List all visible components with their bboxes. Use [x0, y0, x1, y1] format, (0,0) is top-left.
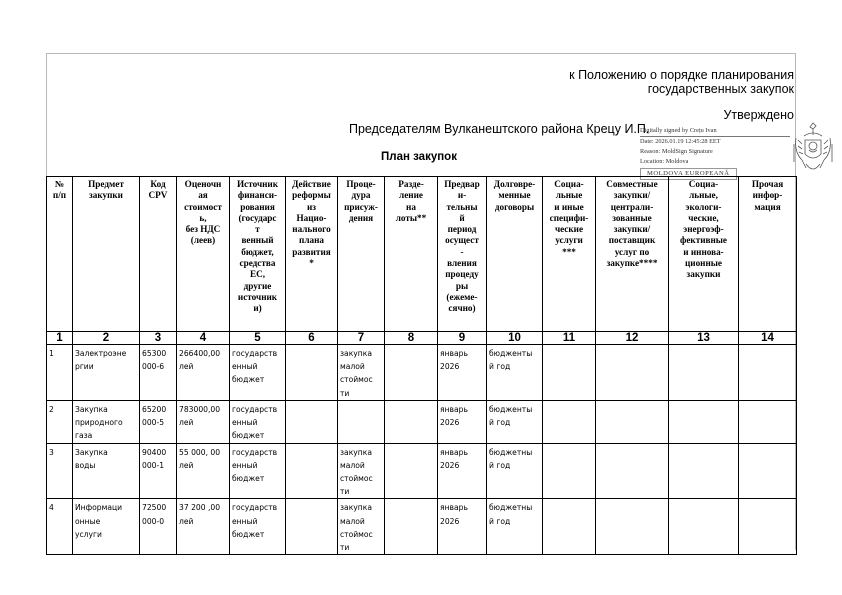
column-number: 10	[487, 332, 543, 345]
table-cell-col-9: январь2026	[438, 345, 487, 401]
table-cell-col-5: государственныйбюджет	[230, 443, 286, 499]
column-number: 6	[286, 332, 338, 345]
moldova-coat-of-arms-icon	[792, 120, 834, 178]
header-text-line: (леев)	[179, 235, 227, 246]
column-number: 13	[669, 332, 739, 345]
header-text-line: Социа-	[545, 179, 593, 190]
cell-text-line: 37 200 ,00	[179, 501, 227, 514]
header-text-line: венный	[232, 235, 283, 246]
header-text-line: финанси-	[232, 190, 283, 201]
header-text-line: присуж-	[340, 202, 382, 213]
header-text-line: льные	[545, 190, 593, 201]
table-cell-col-3: 65300000-6	[140, 345, 177, 401]
header-text-line: средства	[232, 258, 283, 269]
column-number: 4	[177, 332, 230, 345]
header-text-line: Социа-	[671, 179, 736, 190]
cell-text-line: январь	[440, 501, 484, 514]
table-cell-col-9: январь2026	[438, 499, 487, 555]
table-header-row: №п/пПредметзакупкиКодCPVОценочнаястоимос…	[47, 177, 797, 332]
table-cell-col-14	[739, 401, 797, 444]
column-number: 3	[140, 332, 177, 345]
table-cell-col-6	[286, 345, 338, 401]
column-number: 2	[73, 332, 140, 345]
cell-text-line: 000-1	[142, 459, 174, 472]
column-header-12: Совместныезакупки/централи-зованныезакуп…	[596, 177, 669, 332]
cell-text-line: 2026	[440, 515, 484, 528]
table-cell-col-14	[739, 499, 797, 555]
cell-text-line: бюджет	[232, 528, 283, 541]
table-cell-col-6	[286, 401, 338, 444]
column-header-11: Социа-льныеи иныеспецифи-ческиеуслуги***	[543, 177, 596, 332]
header-text-line: бюджет,	[232, 247, 283, 258]
table-cell-col-13	[669, 401, 739, 444]
cell-text-line: лей	[179, 515, 227, 528]
table-cell-col-12	[596, 443, 669, 499]
cell-text-line: 72500	[142, 501, 174, 514]
cell-text-line: бюджет	[232, 472, 283, 485]
table-cell-col-6	[286, 499, 338, 555]
column-header-5: Источникфинанси-рования(государственныйб…	[230, 177, 286, 332]
cell-text-line: лей	[179, 459, 227, 472]
table-body: 1Залектроэнергии65300000-6266400,00лейго…	[47, 345, 797, 555]
header-text-line: Разде-	[387, 179, 435, 190]
table-cell-col-7: закупкамалойстоймости	[338, 443, 385, 499]
table-cell-col-4: 55 000, 00лей	[177, 443, 230, 499]
cell-text-line: енный	[232, 459, 283, 472]
table-cell-col-11	[543, 443, 596, 499]
header-text-line: т	[232, 224, 283, 235]
header-text-line: вления	[440, 258, 484, 269]
header-text-line: п/п	[49, 190, 70, 201]
table-cell-col-11	[543, 401, 596, 444]
cell-text-line: январь	[440, 347, 484, 360]
cell-text-line: 266400,00	[179, 347, 227, 360]
header-text-line: *	[288, 258, 335, 269]
header-text-line: -	[440, 247, 484, 258]
table-cell-col-5: государственныйбюджет	[230, 401, 286, 444]
cell-text-line: енный	[232, 360, 283, 373]
cell-text-line: бюджет	[232, 373, 283, 386]
cell-text-line: лей	[179, 416, 227, 429]
column-header-10: Долговре-менныедоговоры	[487, 177, 543, 332]
table-cell-col-9: январь2026	[438, 443, 487, 499]
cell-text-line: енный	[232, 515, 283, 528]
table-cell-col-8	[385, 443, 438, 499]
header-text-line: централи-	[598, 202, 666, 213]
table-cell-col-5: государственныйбюджет	[230, 499, 286, 555]
header-text-line: специфи-	[545, 213, 593, 224]
cell-text-line: ти	[340, 387, 382, 400]
table-cell-col-10: бюджентый год	[487, 345, 543, 401]
header-text-line: услуги	[545, 235, 593, 246]
cell-text-line: 55 000, 00	[179, 446, 227, 459]
cell-text-line: закупка	[340, 446, 382, 459]
column-number: 11	[543, 332, 596, 345]
header-text-line: на	[387, 202, 435, 213]
table-row: 1Залектроэнергии65300000-6266400,00лейго…	[47, 345, 797, 401]
header-text-line: закупке****	[598, 258, 666, 269]
table-cell-col-13	[669, 499, 739, 555]
column-header-14: Прочаяинфор-мация	[739, 177, 797, 332]
cell-text-line: бюдженты	[489, 403, 540, 416]
table-row: 2Закупкаприродногогаза65200000-5783000,0…	[47, 401, 797, 444]
table-cell-col-7: закупкамалойстоймости	[338, 345, 385, 401]
header-text-line: ление	[387, 190, 435, 201]
header-text-line: Проце-	[340, 179, 382, 190]
column-number-row: 1234567891011121314	[47, 332, 797, 345]
table-cell-col-4: 783000,00лей	[177, 401, 230, 444]
table-cell-col-4: 37 200 ,00лей	[177, 499, 230, 555]
cell-text-line: й год	[489, 515, 540, 528]
header-text-line: закупки	[75, 190, 137, 201]
column-number: 7	[338, 332, 385, 345]
cell-text-line: 3	[49, 446, 70, 459]
cell-text-line: 2026	[440, 416, 484, 429]
header-text-line: закупки/	[598, 224, 666, 235]
header-text-line: (ежеме-	[440, 292, 484, 303]
header-text-line: нального	[288, 224, 335, 235]
header-text-line: Предмет	[75, 179, 137, 190]
header-text-line: Долговре-	[489, 179, 540, 190]
header-text-line: мация	[741, 202, 794, 213]
table-cell-col-7: закупкамалойстоймости	[338, 499, 385, 555]
cell-text-line: 2026	[440, 459, 484, 472]
column-header-1: №п/п	[47, 177, 73, 332]
header-text-line: ческие	[545, 224, 593, 235]
cell-text-line: й год	[489, 416, 540, 429]
cell-text-line: государств	[232, 501, 283, 514]
column-header-9: Предвари-тельныйпериодосущест-вленияпроц…	[438, 177, 487, 332]
header-text-line: поставщик	[598, 235, 666, 246]
column-header-4: Оценочнаястоимость,без НДС(леев)	[177, 177, 230, 332]
cell-text-line: онные	[75, 515, 137, 528]
cell-text-line: 2026	[440, 360, 484, 373]
table-row: 3Закупкаводы90400000-155 000, 00лейгосуд…	[47, 443, 797, 499]
cell-text-line: январь	[440, 446, 484, 459]
header-text-line: й	[440, 213, 484, 224]
cell-text-line: малой	[340, 515, 382, 528]
table-cell-col-8	[385, 401, 438, 444]
header-text-line: дура	[340, 190, 382, 201]
table-cell-col-2: Закупкаводы	[73, 443, 140, 499]
cell-text-line: 000-6	[142, 360, 174, 373]
header-text-line: период	[440, 224, 484, 235]
header-text-line: Источник	[232, 179, 283, 190]
header-text-line: Нацио-	[288, 213, 335, 224]
header-text-line: CPV	[142, 190, 174, 201]
cell-text-line: Залектроэне	[75, 347, 137, 360]
cell-text-line: государств	[232, 446, 283, 459]
header-text-line: сячно)	[440, 303, 484, 314]
header-text-line: ая	[179, 190, 227, 201]
header-text-line: услуг по	[598, 247, 666, 258]
table-cell-col-11	[543, 499, 596, 555]
header-text-line: ры	[440, 281, 484, 292]
header-text-line: энергоэф-	[671, 224, 736, 235]
cell-text-line: Информаци	[75, 501, 137, 514]
column-number: 9	[438, 332, 487, 345]
approver-line: Председателям Вулканештского района Крец…	[349, 122, 649, 136]
table-cell-col-10: бюджентый год	[487, 401, 543, 444]
header-text-line: закупки	[671, 269, 736, 280]
cell-text-line: стоймос	[340, 528, 382, 541]
header-text-line: и)	[232, 303, 283, 314]
cell-text-line: газа	[75, 429, 137, 442]
table-cell-col-5: государственныйбюджет	[230, 345, 286, 401]
cell-text-line: бюджет	[232, 429, 283, 442]
cell-text-line: государств	[232, 403, 283, 416]
header-text-line: инфор-	[741, 190, 794, 201]
table-cell-col-10: бюджетный год	[487, 499, 543, 555]
header-text-line: зованные	[598, 213, 666, 224]
cell-text-line: 000-0	[142, 515, 174, 528]
header-text-line: и-	[440, 190, 484, 201]
table-cell-col-12	[596, 401, 669, 444]
header-text-line: тельны	[440, 202, 484, 213]
header-text-line: менные	[489, 190, 540, 201]
plan-title: План закупок	[381, 151, 457, 163]
cell-text-line: январь	[440, 403, 484, 416]
table-cell-col-7	[338, 401, 385, 444]
cell-text-line: малой	[340, 360, 382, 373]
procurement-plan-table: №п/пПредметзакупкиКодCPVОценочнаястоимос…	[46, 176, 797, 555]
cell-text-line: природного	[75, 416, 137, 429]
column-number: 1	[47, 332, 73, 345]
signature-signed-by: Digitally signed by Crețu Ivan	[640, 126, 790, 137]
header-text-line: Прочая	[741, 179, 794, 190]
header-text-line: (государс	[232, 213, 283, 224]
cell-text-line: закупка	[340, 501, 382, 514]
header-text-line: Действие	[288, 179, 335, 190]
table-cell-col-9: январь2026	[438, 401, 487, 444]
signature-date: Date: 2026.01.19 12:45:28 EET	[640, 137, 790, 147]
table-cell-col-14	[739, 345, 797, 401]
regulation-line-2: государственных закупок	[648, 82, 794, 96]
header-text-line: Совместные	[598, 179, 666, 190]
cell-text-line: й год	[489, 360, 540, 373]
header-text-line: Предвар	[440, 179, 484, 190]
header-text-line: реформы	[288, 190, 335, 201]
column-header-8: Разде-лениеналоты**	[385, 177, 438, 332]
header-text-line: стоимост	[179, 202, 227, 213]
header-text-line: осущест	[440, 235, 484, 246]
approved-label: Утверждено	[723, 108, 794, 122]
cell-text-line: стоймос	[340, 373, 382, 386]
header-text-line: другие	[232, 281, 283, 292]
cell-text-line: 90400	[142, 446, 174, 459]
cell-text-line: ти	[340, 485, 382, 498]
table-row: 4Информационныеуслуги72500000-037 200 ,0…	[47, 499, 797, 555]
header-text-line: рования	[232, 202, 283, 213]
header-text-line: процеду	[440, 269, 484, 280]
table-cell-col-3: 65200000-5	[140, 401, 177, 444]
header-text-line: и иннова-	[671, 247, 736, 258]
cell-text-line: 1	[49, 347, 70, 360]
table-cell-col-12	[596, 345, 669, 401]
table-cell-col-1: 2	[47, 401, 73, 444]
table-cell-col-12	[596, 499, 669, 555]
header-text-line: №	[49, 179, 70, 190]
column-header-3: КодCPV	[140, 177, 177, 332]
column-number: 8	[385, 332, 438, 345]
signature-reason: Reason: MoldSign Signature	[640, 147, 790, 157]
table-cell-col-13	[669, 443, 739, 499]
digital-signature-block: Digitally signed by Crețu Ivan Date: 202…	[640, 126, 790, 180]
cell-text-line: Закупка	[75, 403, 137, 416]
cell-text-line: воды	[75, 459, 137, 472]
column-header-2: Предметзакупки	[73, 177, 140, 332]
cell-text-line: ти	[340, 541, 382, 554]
table-cell-col-1: 4	[47, 499, 73, 555]
column-number: 12	[596, 332, 669, 345]
cell-text-line: й год	[489, 459, 540, 472]
table-cell-col-2: Информационныеуслуги	[73, 499, 140, 555]
header-text-line: ЕС,	[232, 269, 283, 280]
header-text-line: Код	[142, 179, 174, 190]
cell-text-line: енный	[232, 416, 283, 429]
cell-text-line: 4	[49, 501, 70, 514]
table-cell-col-10: бюджетный год	[487, 443, 543, 499]
header-text-line: лоты**	[387, 213, 435, 224]
cell-text-line: стоймос	[340, 472, 382, 485]
table-cell-col-13	[669, 345, 739, 401]
header-text-line: ческие,	[671, 213, 736, 224]
header-text-line: плана	[288, 235, 335, 246]
header-text-line: развития	[288, 247, 335, 258]
signature-location: Location: Moldova	[640, 157, 790, 167]
column-header-6: ДействиереформыизНацио-нальногопланаразв…	[286, 177, 338, 332]
cell-text-line: государств	[232, 347, 283, 360]
header-text-line: дения	[340, 213, 382, 224]
regulation-line-1: к Положению о порядке планирования	[569, 68, 794, 82]
header-text-line: ционные	[671, 258, 736, 269]
cell-text-line: закупка	[340, 347, 382, 360]
column-header-7: Проце-дураприсуж-дения	[338, 177, 385, 332]
table-cell-col-1: 3	[47, 443, 73, 499]
table-cell-col-4: 266400,00лей	[177, 345, 230, 401]
cell-text-line: 783000,00	[179, 403, 227, 416]
table-cell-col-8	[385, 345, 438, 401]
cell-text-line: лей	[179, 360, 227, 373]
header-text-line: из	[288, 202, 335, 213]
cell-text-line: бюджетны	[489, 446, 540, 459]
table-cell-col-3: 72500000-0	[140, 499, 177, 555]
cell-text-line: 000-5	[142, 416, 174, 429]
header-text-line: договоры	[489, 202, 540, 213]
header-text-line: ь,	[179, 213, 227, 224]
header-text-line: источник	[232, 292, 283, 303]
header-text-line: закупки/	[598, 190, 666, 201]
table-cell-col-2: Закупкаприродногогаза	[73, 401, 140, 444]
header-text-line: льные,	[671, 190, 736, 201]
header-text-line: и иные	[545, 202, 593, 213]
cell-text-line: бюджетны	[489, 501, 540, 514]
cell-text-line: 65300	[142, 347, 174, 360]
table-cell-col-1: 1	[47, 345, 73, 401]
column-number: 5	[230, 332, 286, 345]
header-text-line: без НДС	[179, 224, 227, 235]
table-cell-col-14	[739, 443, 797, 499]
header-text-line: Оценочн	[179, 179, 227, 190]
cell-text-line: малой	[340, 459, 382, 472]
cell-text-line: бюдженты	[489, 347, 540, 360]
table-cell-col-3: 90400000-1	[140, 443, 177, 499]
table-cell-col-6	[286, 443, 338, 499]
cell-text-line: Закупка	[75, 446, 137, 459]
header-text-line: экологи-	[671, 202, 736, 213]
cell-text-line: 2	[49, 403, 70, 416]
cell-text-line: 65200	[142, 403, 174, 416]
column-number: 14	[739, 332, 797, 345]
header-text-line: ***	[545, 247, 593, 258]
cell-text-line: ргии	[75, 360, 137, 373]
table-cell-col-2: Залектроэнергии	[73, 345, 140, 401]
table-cell-col-11	[543, 345, 596, 401]
header-text-line: фективные	[671, 235, 736, 246]
cell-text-line: услуги	[75, 528, 137, 541]
column-header-13: Социа-льные,экологи-ческие,энергоэф-фект…	[669, 177, 739, 332]
table-cell-col-8	[385, 499, 438, 555]
